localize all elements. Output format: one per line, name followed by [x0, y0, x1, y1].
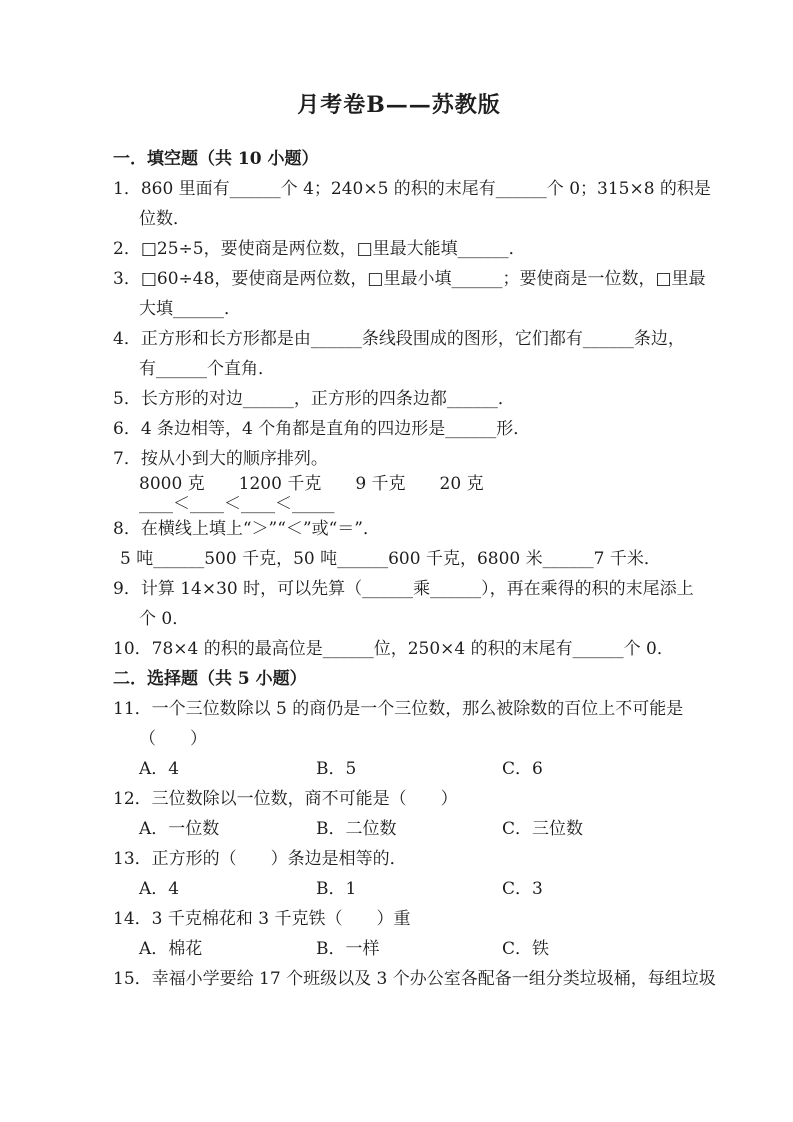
q5-line-1: 5．长方形的对边______，正方形的四条边都______．: [113, 384, 685, 414]
q11-option-c: C．6: [502, 754, 685, 784]
q2-line-1: 2．□25÷5，要使商是两位数，□里最大能填______．: [113, 234, 685, 264]
q12-option-c: C．三位数: [502, 814, 685, 844]
q13-option-a: A．4: [139, 874, 316, 904]
q8-line-2: 5 吨______500 千克，50 吨______600 千克，6800 米_…: [113, 544, 685, 574]
q12-line-1: 12．三位数除以一位数，商不可能是（ ）: [113, 784, 685, 814]
q7-ordering-blanks-line: ____＜____＜____＜_____: [113, 494, 685, 514]
q9-line-2: 个 0．: [113, 604, 685, 634]
q14-option-c: C．铁: [502, 934, 685, 964]
q13-option-c: C．3: [502, 874, 685, 904]
exam-paper-page: 月考卷B——苏教版 一．填空题（共 10 小题） 1．860 里面有______…: [0, 0, 793, 1122]
q3-line-2: 大填______．: [113, 294, 685, 324]
q3-line-1: 3．□60÷48，要使商是两位数，□里最小填______；要使商是一位数，□里最: [113, 264, 685, 294]
q15-line-1: 15．幸福小学要给 17 个班级以及 3 个办公室各配备一组分类垃圾桶，每组垃圾: [113, 964, 685, 994]
q6-line-1: 6．4 条边相等，4 个角都是直角的四边形是______形．: [113, 414, 685, 444]
page-title: 月考卷B——苏教版: [113, 88, 685, 122]
q13-options-row: A．4 B．1 C．3: [113, 874, 685, 904]
q14-line-1: 14．3 千克棉花和 3 千克铁（ ）重: [113, 904, 685, 934]
q13-line-1: 13．正方形的（ ）条边是相等的．: [113, 844, 685, 874]
q14-option-a: A．棉花: [139, 934, 316, 964]
q7-line-1: 7．按从小到大的顺序排列。: [113, 444, 685, 474]
q11-option-a: A．4: [139, 754, 316, 784]
q4-line-2: 有______个直角．: [113, 354, 685, 384]
q14-options-row: A．棉花 B．一样 C．铁: [113, 934, 685, 964]
q14-option-b: B．一样: [316, 934, 502, 964]
q11-line-2: （ ）: [113, 724, 685, 754]
q8-line-1: 8．在横线上填上“＞”“＜”或“＝”．: [113, 514, 685, 544]
q1-line-2: 位数．: [113, 204, 685, 234]
section-multiple-choice-heading: 二．选择题（共 5 小题）: [113, 664, 685, 694]
q9-line-1: 9．计算 14×30 时，可以先算（______乘______），再在乘得的积的…: [113, 574, 685, 604]
q7-items-line: 8000 克 1200 千克 9 千克 20 克: [113, 474, 685, 494]
q11-line-1: 11．一个三位数除以 5 的商仍是一个三位数，那么被除数的百位上不可能是: [113, 694, 685, 724]
q13-option-b: B．1: [316, 874, 502, 904]
q4-line-1: 4．正方形和长方形都是由______条线段围成的图形，它们都有______条边，: [113, 324, 685, 354]
q11-option-b: B．5: [316, 754, 502, 784]
q11-options-row: A．4 B．5 C．6: [113, 754, 685, 784]
q12-options-row: A．一位数 B．二位数 C．三位数: [113, 814, 685, 844]
section-fill-in-blanks-heading: 一．填空题（共 10 小题）: [113, 144, 685, 174]
q12-option-a: A．一位数: [139, 814, 316, 844]
q12-option-b: B．二位数: [316, 814, 502, 844]
q10-line-1: 10．78×4 的积的最高位是______位，250×4 的积的末尾有_____…: [113, 634, 685, 664]
q1-line-1: 1．860 里面有______个 4；240×5 的积的末尾有______个 0…: [113, 174, 685, 204]
